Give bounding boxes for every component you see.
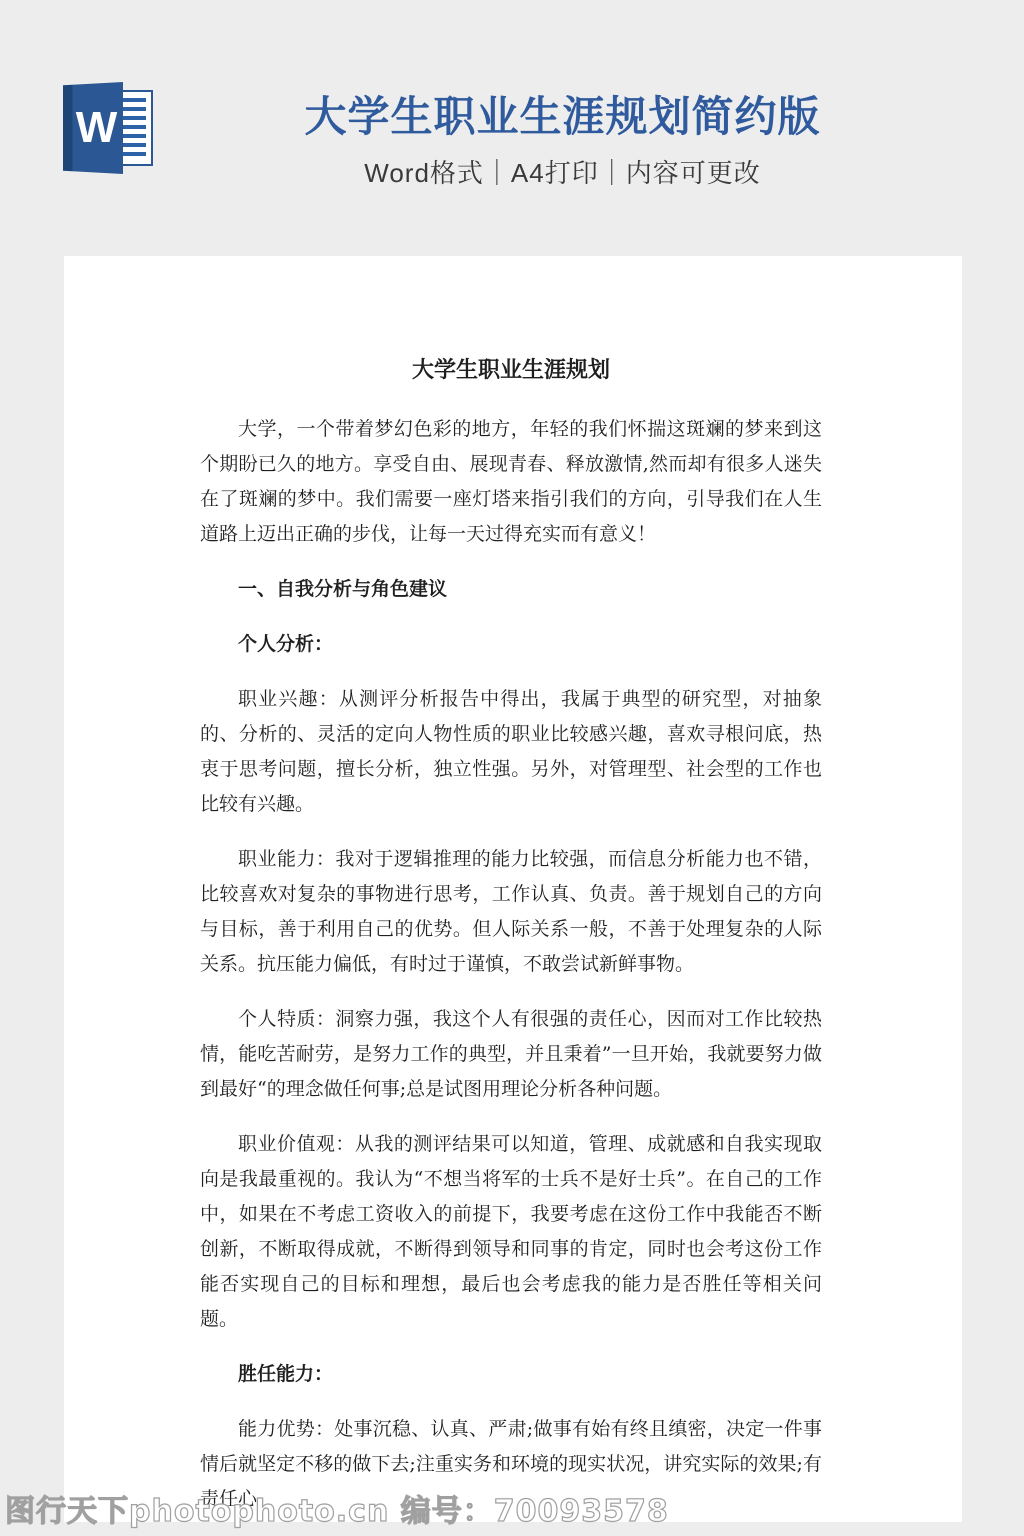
doc-paragraph-career-interest: 职业兴趣：从测评分析报告中得出，我属于典型的研究型，对抽象的、分析的、灵活的定向…	[200, 682, 822, 822]
site-watermark: 图行天下photophoto.cn 编号：70093578	[5, 1486, 669, 1530]
word-icon-cover: W	[63, 82, 123, 174]
doc-paragraph-career-values: 职业价值观：从我的测评结果可以知道，管理、成就感和自我实现取向是我最重视的。我认…	[200, 1127, 822, 1337]
template-subtitle: Word格式｜A4打印｜内容可更改	[155, 153, 970, 190]
template-header: W 大学生职业生涯规划简约版 Word格式｜A4打印｜内容可更改	[0, 0, 1024, 256]
doc-paragraph-personal-traits: 个人特质：洞察力强，我这个人有很强的责任心，因而对工作比较热情，能吃苦耐劳，是努…	[200, 1002, 822, 1107]
header-text-block: 大学生职业生涯规划简约版 Word格式｜A4打印｜内容可更改	[155, 94, 970, 190]
document-page: 大学生职业生涯规划 大学，一个带着梦幻色彩的地方，年轻的我们怀揣这斑斓的梦来到这…	[64, 256, 962, 1522]
doc-paragraph-career-ability: 职业能力：我对于逻辑推理的能力比较强，而信息分析能力也不错，比较喜欢对复杂的事物…	[200, 842, 822, 982]
word-icon-letter: W	[69, 106, 118, 150]
word-icon: W	[63, 82, 155, 174]
doc-heading-personal-analysis: 个人分析：	[200, 627, 822, 662]
document-title: 大学生职业生涯规划	[200, 353, 822, 388]
doc-heading-competence: 胜任能力：	[200, 1357, 822, 1392]
document-content: 大学生职业生涯规划 大学，一个带着梦幻色彩的地方，年轻的我们怀揣这斑斓的梦来到这…	[64, 256, 962, 1517]
template-title: 大学生职业生涯规划简约版	[155, 94, 970, 140]
doc-paragraph-intro: 大学，一个带着梦幻色彩的地方，年轻的我们怀揣这斑斓的梦来到这个期盼已久的地方。享…	[200, 412, 822, 552]
doc-heading-self-analysis: 一、自我分析与角色建议	[200, 572, 822, 607]
